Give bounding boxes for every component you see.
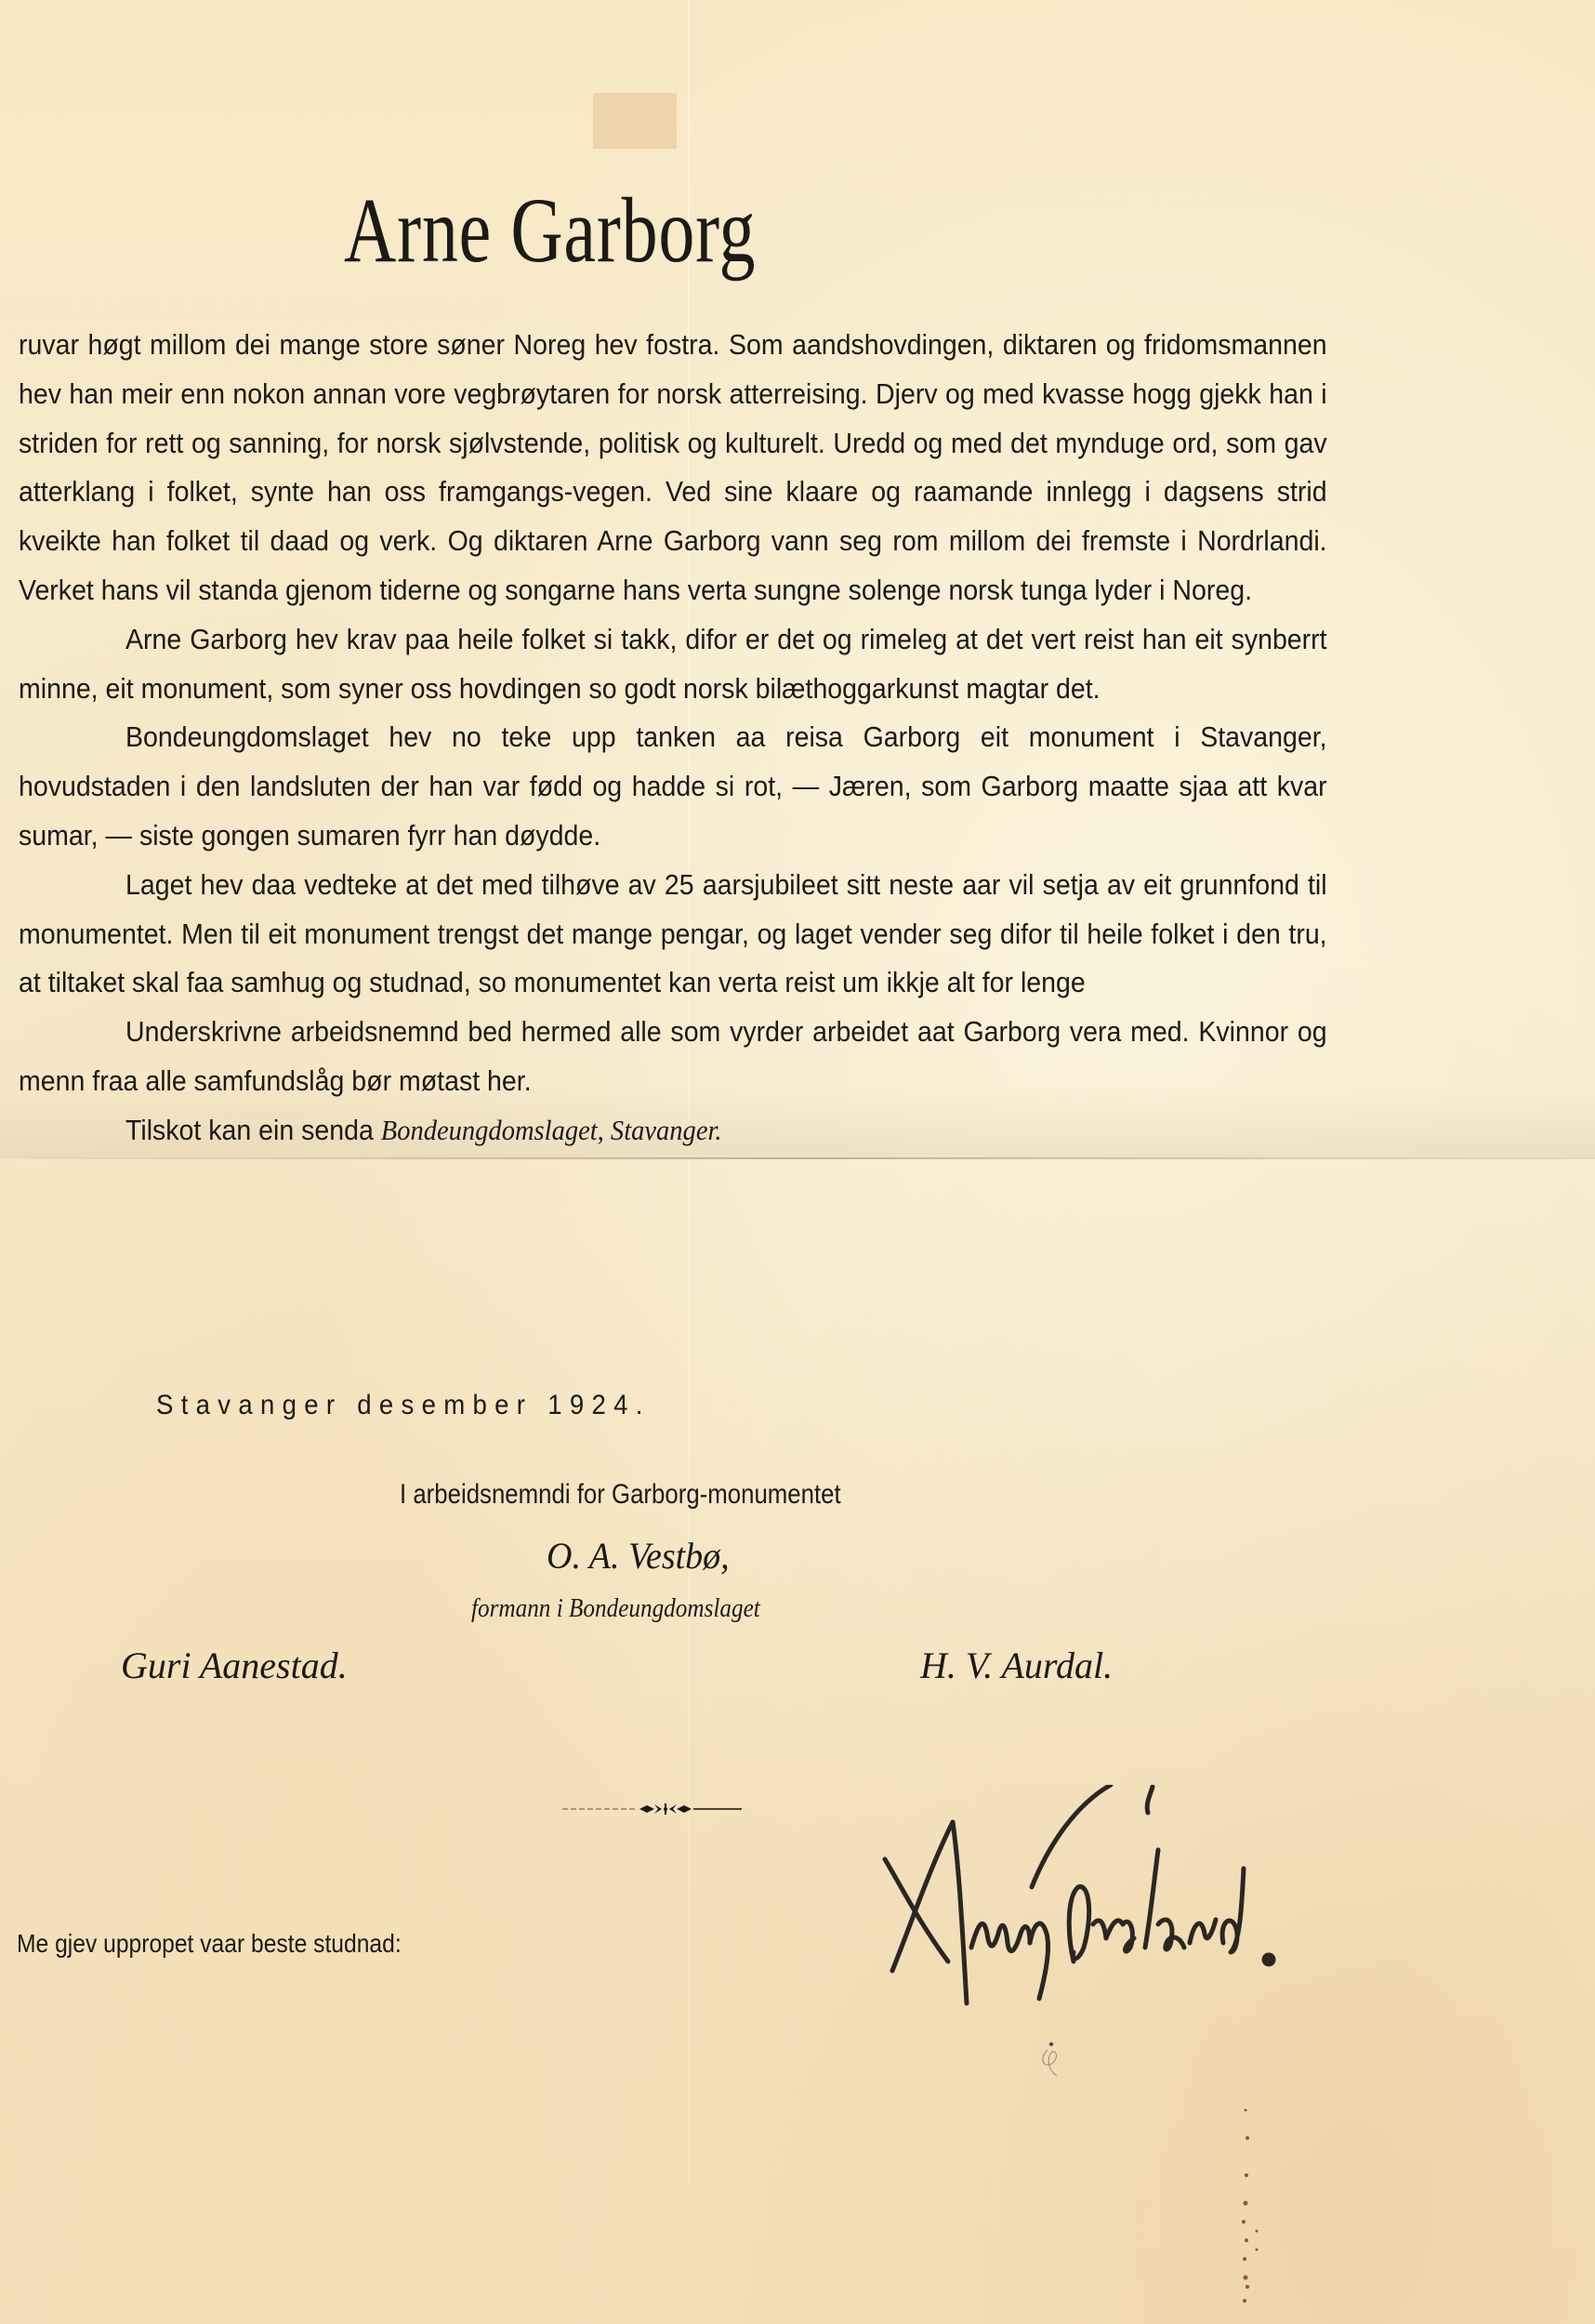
support-label: Me gjev uppropet vaar beste studnad: (17, 1929, 402, 1959)
document-title: Arne Garborg (344, 177, 756, 284)
contribution-prefix: Tilskot kan ein senda (125, 1114, 381, 1146)
contribution-address: Bondeungdomslaget, Stavanger. (381, 1114, 722, 1146)
chair-name: O. A. Vestbø, (547, 1534, 730, 1578)
paragraph-contribution: Tilskot kan ein senda Bondeungdomslaget,… (19, 1106, 1327, 1155)
paragraph-fund: Laget hev daa vedteke at det med tilhøve… (19, 861, 1327, 1008)
ornament-divider-icon (558, 1799, 744, 1819)
chair-role: formann i Bondeungdomslaget (471, 1594, 760, 1624)
paragraph-gratitude: Arne Garborg hev krav paa heile folket s… (19, 615, 1327, 714)
appeal-body: ruvar høgt millom dei mange store søner … (19, 321, 1327, 1155)
paragraph-call-to-action: Underskrivne arbeidsnemnd bed hermed all… (19, 1008, 1327, 1106)
horizontal-fold-crease (0, 1157, 1595, 1159)
paragraph-monument-plan: Bondeungdomslaget hev no teke upp tanken… (19, 713, 1327, 860)
handwritten-signature-icon: Arnulf Øverland. (874, 1785, 1524, 2008)
place-and-date: Stavanger desember 1924. (156, 1390, 651, 1421)
foxing-spots (1236, 2101, 1264, 2324)
pencil-doodle-icon (1036, 2040, 1074, 2082)
committee-member-right: H. V. Aurdal. (920, 1644, 1113, 1687)
committee-heading: I arbeidsnemndi for Garborg-monumentet (400, 1479, 841, 1511)
paper-stain (593, 93, 677, 149)
paragraph-tribute: ruvar høgt millom dei mange store søner … (19, 321, 1327, 615)
committee-member-left: Guri Aanestad. (121, 1644, 348, 1687)
